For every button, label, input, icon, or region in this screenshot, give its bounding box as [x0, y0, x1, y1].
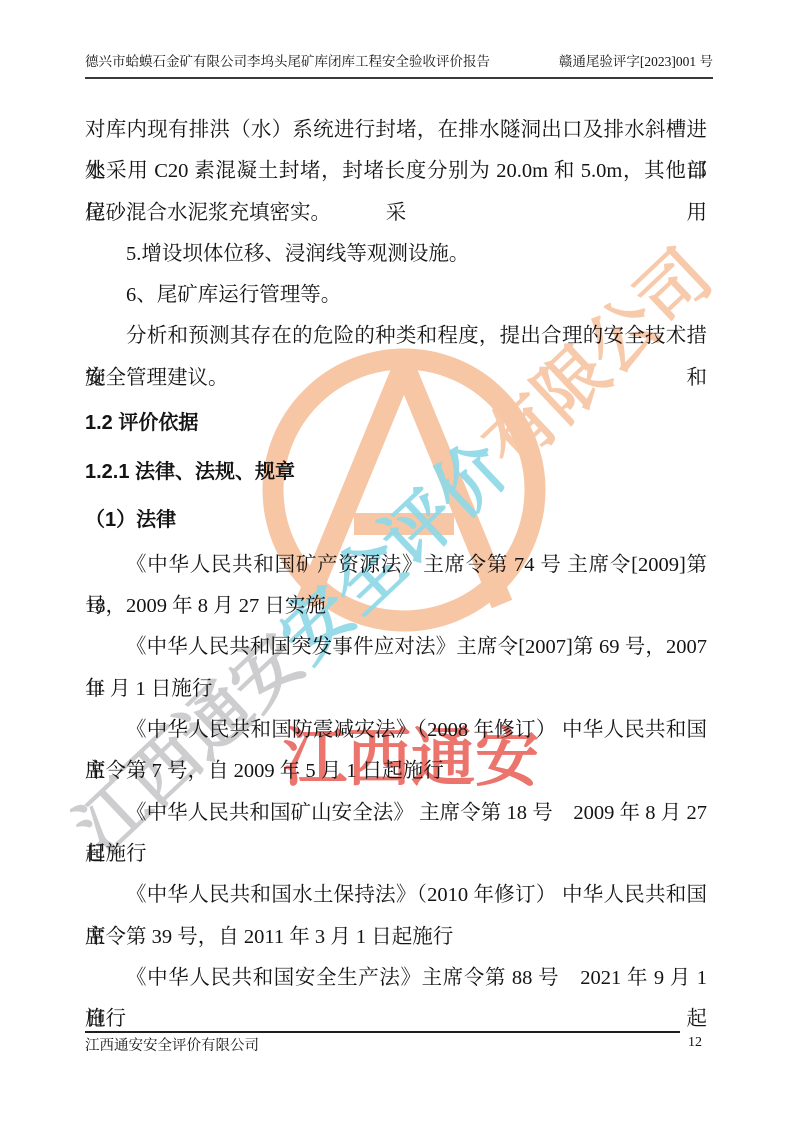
body-line: 处采用 C20 素混凝土封堵，封堵长度分别为 20.0m 和 5.0m，其他部位… — [85, 151, 707, 192]
footer-rule — [85, 1031, 680, 1033]
content-layer: 德兴市蛤蟆石金矿有限公司李坞头尾矿库闭库工程安全验收评价报告 赣通尾验评字[20… — [0, 0, 800, 1131]
body-line: 席令第 39 号，自 2011 年 3 月 1 日起施行 — [85, 917, 707, 958]
body-line: 《中华人民共和国安全生产法》主席令第 88 号 2021 年 9 月 1 日起 — [85, 958, 707, 999]
body-line: 《中华人民共和国水土保持法》（2010 年修订） 中华人民共和国主 — [85, 875, 707, 916]
body-line: 起施行 — [85, 834, 707, 875]
section-heading-1-2: 1.2 评价依据 — [85, 399, 707, 448]
body-line: 对库内现有排洪（水）系统进行封堵，在排水隧洞出口及排水斜槽进水口 — [85, 110, 707, 151]
body-line: 11 月 1 日施行 — [85, 669, 707, 710]
body-line: 《中华人民共和国矿山安全法》 主席令第 18 号 2009 年 8 月 27 日 — [85, 793, 707, 834]
body-line: 号，2009 年 8 月 27 日实施 — [85, 586, 707, 627]
body-line: 6、尾矿库运行管理等。 — [85, 275, 707, 316]
body-line: 5.增设坝体位移、浸润线等观测设施。 — [85, 234, 707, 275]
footer-page-number: 12 — [688, 1033, 702, 1053]
body-line: 席令第 7 号，自 2009 年 5 月 1 日起施行 — [85, 751, 707, 792]
body-line: 分析和预测其存在的危险的种类和程度，提出合理的安全技术措施和 — [85, 316, 707, 357]
section-heading-1-2-1: 1.2.1 法律、法规、规章 — [85, 448, 707, 497]
page-header: 德兴市蛤蟆石金矿有限公司李坞头尾矿库闭库工程安全验收评价报告 赣通尾验评字[20… — [85, 52, 713, 79]
document-body: 对库内现有排洪（水）系统进行封堵，在排水隧洞出口及排水斜槽进水口 处采用 C20… — [85, 110, 707, 1040]
header-document-number: 赣通尾验评字[2023]001 号 — [559, 52, 713, 72]
footer-company-name: 江西通安安全评价有限公司 — [85, 1036, 259, 1056]
header-report-title: 德兴市蛤蟆石金矿有限公司李坞头尾矿库闭库工程安全验收评价报告 — [85, 52, 490, 72]
body-line: 《中华人民共和国防震减灾法》（2008 年修订） 中华人民共和国主 — [85, 710, 707, 751]
body-line: 《中华人民共和国矿产资源法》主席令第 74 号 主席令[2009]第 18 — [85, 545, 707, 586]
body-line: 《中华人民共和国突发事件应对法》主席令[2007]第 69 号，2007 年 — [85, 627, 707, 668]
subsection-heading-law: （1）法律 — [85, 496, 707, 545]
document-page: { "theme":{ "wm-orange":"#f7c6a4", "wm-c… — [0, 0, 800, 1131]
